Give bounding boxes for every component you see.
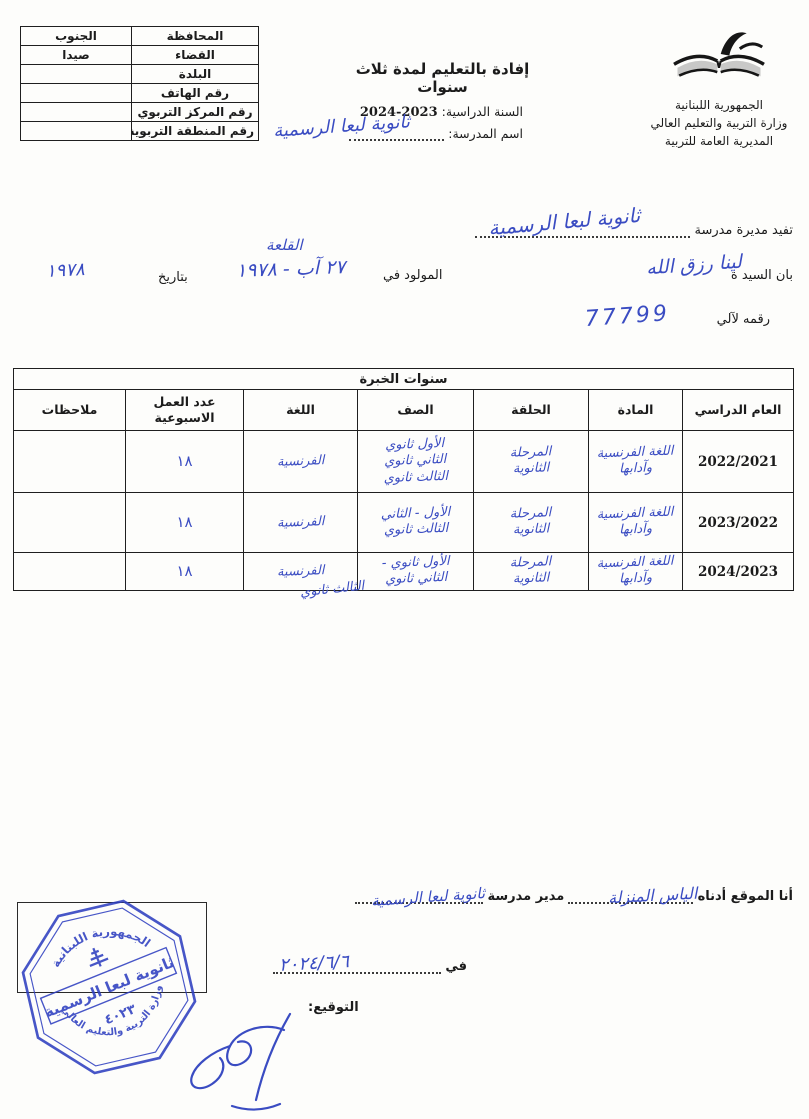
language-handwritten: الفرنسية xyxy=(277,563,325,581)
table-row: رقم الهاتف xyxy=(21,84,259,103)
signature-scrawl xyxy=(172,1008,324,1119)
info-label: البلدة xyxy=(132,65,259,84)
dotted-line: الياس المنزلة xyxy=(568,888,693,904)
info-value: صيدا xyxy=(21,46,132,65)
column-header: اللغة xyxy=(244,390,358,431)
person-name-handwritten: لينا رزق الله xyxy=(589,251,742,285)
info-value: الجنوب xyxy=(21,27,132,46)
column-header: العام الدراسي xyxy=(683,390,794,431)
info-value xyxy=(21,103,132,122)
ministry-line-2: وزارة التربية والتعليم العالي xyxy=(643,114,795,132)
table-row: القضاء صيدا xyxy=(21,46,259,65)
experience-table-title: سنوات الخبرة xyxy=(14,369,794,390)
signer-line: أنا الموقع أدناه الياس المنزلة مدير مدرس… xyxy=(355,888,793,904)
column-header: الصف xyxy=(358,390,474,431)
dotted-line: ثانوية لبعا الرسمية xyxy=(355,888,483,904)
column-header: المادة xyxy=(589,390,683,431)
info-label: المحافظة xyxy=(132,27,259,46)
language-handwritten: الفرنسية xyxy=(277,514,325,532)
signing-date-label: في xyxy=(445,959,467,974)
table-header-row: العام الدراسي المادة الحلقة الصف اللغة ع… xyxy=(14,390,794,431)
born-place-handwritten: القلعة xyxy=(266,236,303,255)
born-label: المولود في xyxy=(383,268,442,283)
language-handwritten: الفرنسية xyxy=(277,453,325,471)
date-label: بتاريخ xyxy=(158,270,188,285)
grade-handwritten: الأول ثانوي الثاني ثانوي الثالث ثانوي xyxy=(382,436,448,487)
info-label: رقم الهاتف xyxy=(132,84,259,103)
table-row: البلدة xyxy=(21,65,259,84)
signing-date-handwritten: ٢٠٢٤/٦/٦ xyxy=(279,951,350,977)
hours-handwritten: ١٨ xyxy=(176,513,192,532)
experience-table: سنوات الخبرة العام الدراسي المادة الحلقة… xyxy=(13,368,794,591)
info-value xyxy=(21,65,132,84)
ministry-block: الجمهورية اللبنانية وزارة التربية والتعل… xyxy=(643,28,795,150)
date-year-handwritten: ١٩٧٨ xyxy=(45,259,85,283)
column-header: ملاحظات xyxy=(14,390,126,431)
admin-info-table: المحافظة الجنوب القضاء صيدا البلدة رقم ا… xyxy=(20,26,259,141)
ministry-line-3: المديرية العامة للتربية xyxy=(643,132,795,150)
year-cell: 2022/2021 xyxy=(698,454,778,470)
scanned-document-page: المحافظة الجنوب القضاء صيدا البلدة رقم ا… xyxy=(0,0,809,1119)
director-school-handwritten: ثانوية لبعا الرسمية xyxy=(371,884,486,911)
subject-handwritten: اللغة الفرنسية وآدابها xyxy=(597,554,675,589)
column-header: الحلقة xyxy=(474,390,589,431)
cycle-handwritten: المرحلة الثانوية xyxy=(510,506,553,540)
table-row: رقم المركز التربوي xyxy=(21,103,259,122)
table-title-row: سنوات الخبرة xyxy=(14,369,794,390)
grade-handwritten: الأول ثانوي - الثاني ثانوي xyxy=(381,554,450,589)
subject-handwritten: اللغة الفرنسية وآدابها xyxy=(597,444,675,479)
serial-number-handwritten: 77799 xyxy=(584,300,671,333)
info-value xyxy=(21,84,132,103)
subject-handwritten: اللغة الفرنسية وآدابها xyxy=(597,505,675,540)
open-book-logo xyxy=(643,28,795,96)
info-value xyxy=(21,122,132,141)
cycle-handwritten: المرحلة الثانوية xyxy=(510,555,553,589)
hours-handwritten: ١٨ xyxy=(176,562,192,581)
serial-number-label: رقمه لآلي xyxy=(717,312,770,327)
table-row: 2024/2023 اللغة الفرنسية وآدابها المرحلة… xyxy=(14,553,794,591)
grade-handwritten: الأول - الثاني الثالث ثانوي xyxy=(380,505,451,540)
table-row: رقم المنطقة التربوية xyxy=(21,122,259,141)
ministry-line-1: الجمهورية اللبنانية xyxy=(643,96,795,114)
cycle-handwritten: المرحلة الثانوية xyxy=(510,445,553,479)
signer-label: أنا الموقع أدناه xyxy=(698,889,793,904)
table-row: 2023/2022 اللغة الفرنسية وآدابها المرحلة… xyxy=(14,493,794,553)
info-label: رقم المركز التربوي xyxy=(132,103,259,122)
hours-handwritten: ١٨ xyxy=(176,452,192,471)
column-header: عدد العمل الاسبوعية xyxy=(126,390,244,431)
born-date-handwritten: ٢٧ آب - ١٩٧٨ xyxy=(236,256,346,284)
year-cell: 2024/2023 xyxy=(698,564,778,580)
signer-name-handwritten: الياس المنزلة xyxy=(608,884,698,909)
table-row: المحافظة الجنوب xyxy=(21,27,259,46)
info-label: رقم المنطقة التربوية xyxy=(132,122,259,141)
dotted-line: ٢٠٢٤/٦/٦ xyxy=(273,958,441,974)
director-label: مدير مدرسة xyxy=(488,889,565,904)
cedar-icon xyxy=(84,945,109,970)
table-row: 2022/2021 اللغة الفرنسية وآدابها المرحلة… xyxy=(14,431,794,493)
year-cell: 2023/2022 xyxy=(698,515,778,531)
info-label: القضاء xyxy=(132,46,259,65)
page-title: إفادة بالتعليم لمدة ثلاث سنوات xyxy=(335,60,550,96)
certify-label: تفيد مديرة مدرسة xyxy=(694,223,793,238)
signing-date-line: في ٢٠٢٤/٦/٦ xyxy=(275,958,467,974)
